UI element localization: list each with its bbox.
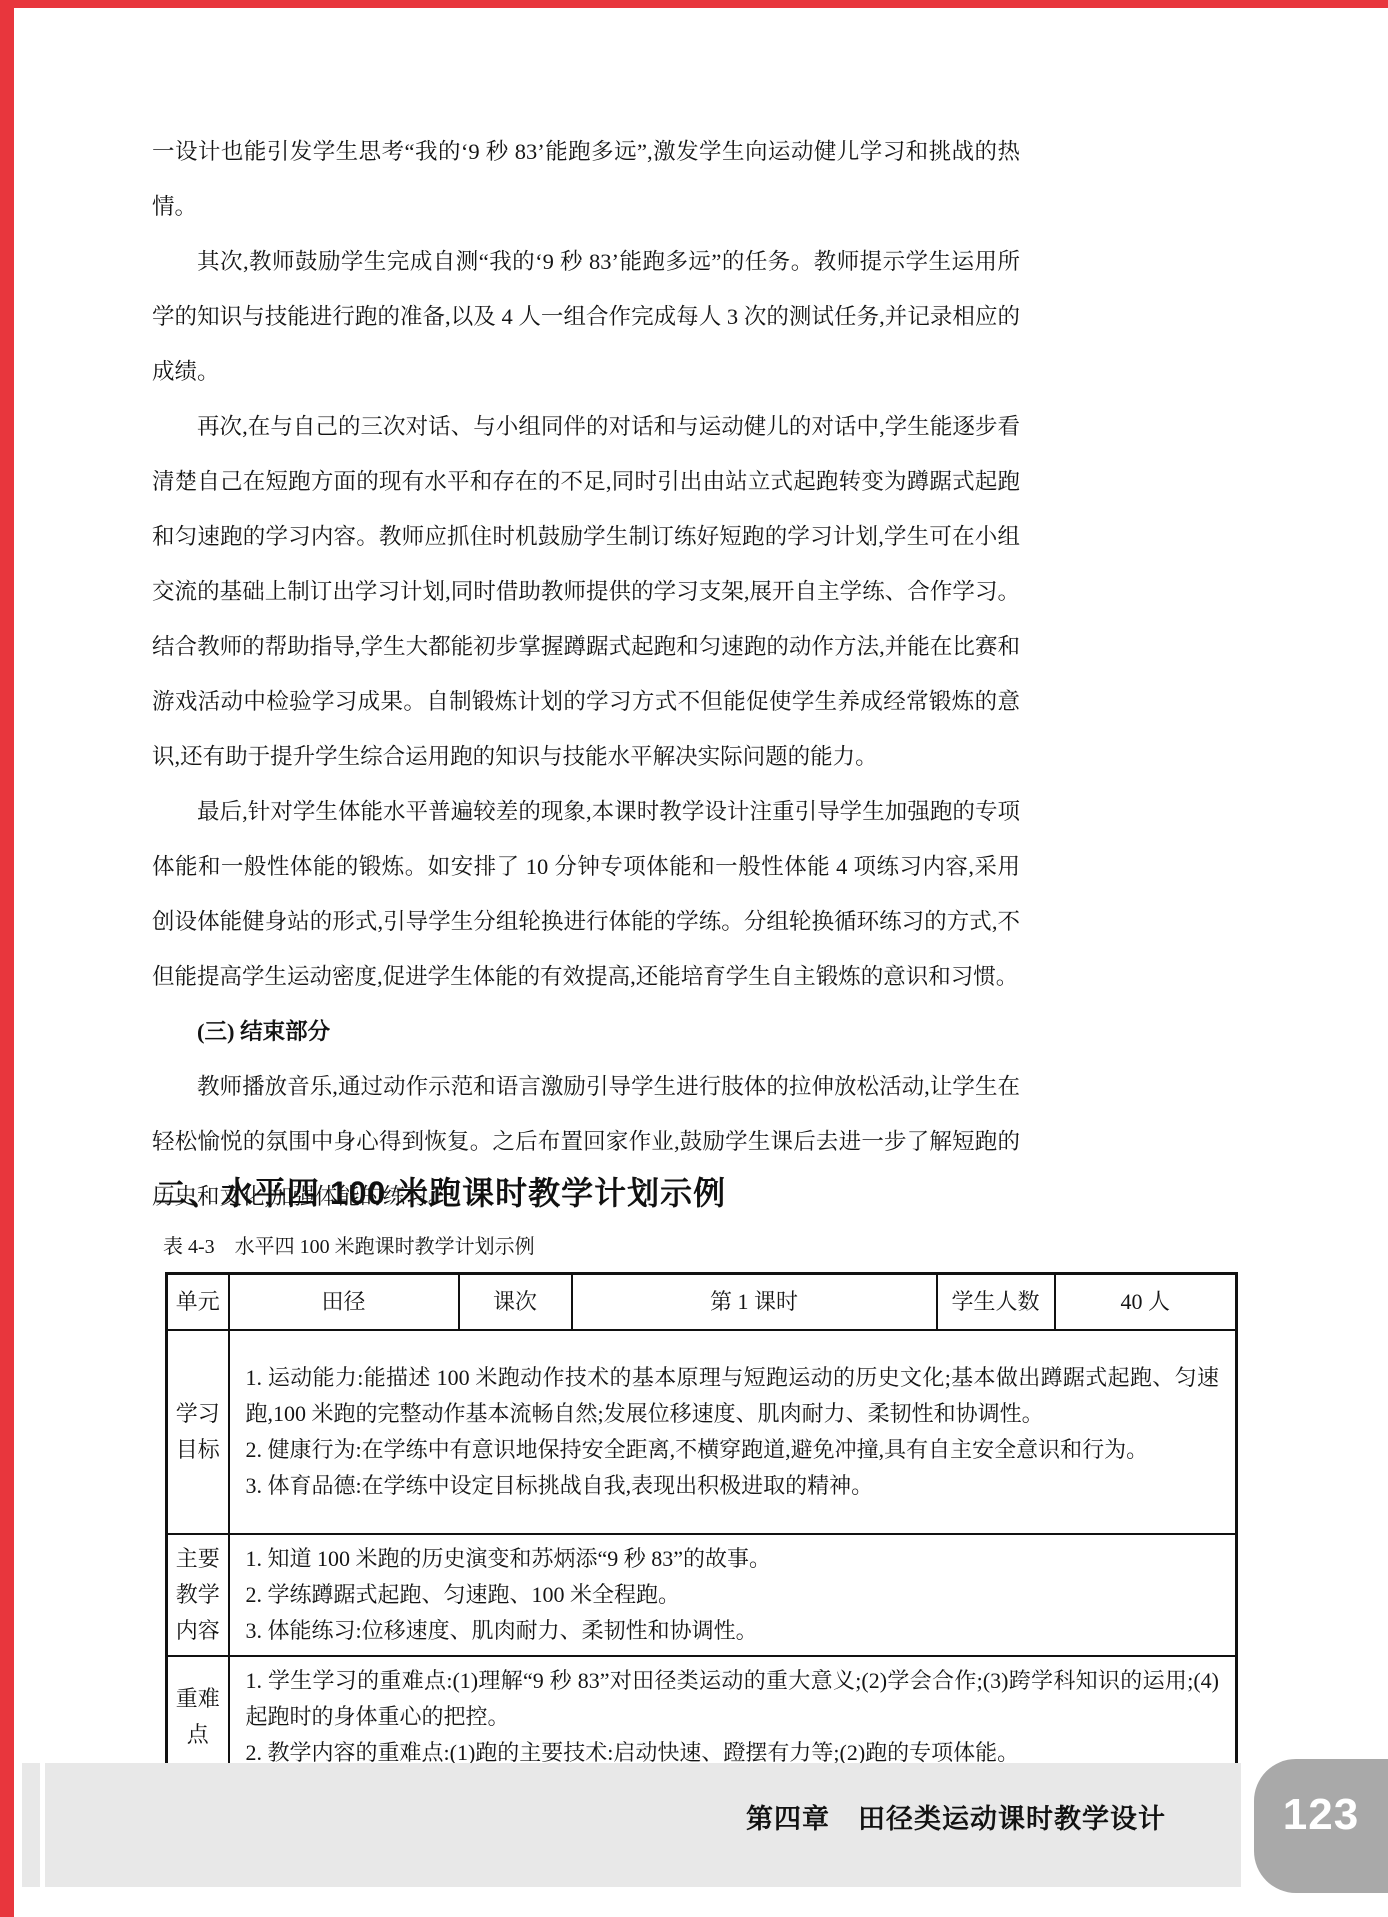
table-row-learning-goals: 学习目标 1. 运动能力:能描述 100 米跑动作技术的基本原理与短跑运动的历史… [167, 1330, 1237, 1534]
table-header-row: 单元 田径 课次 第 1 课时 学生人数 40 人 [167, 1274, 1237, 1331]
main-content-item: 2. 学练蹲踞式起跑、匀速跑、100 米全程跑。 [246, 1577, 1220, 1613]
paragraph-finally: 最后,针对学生体能水平普遍较差的现象,本课时教学设计注重引导学生加强跑的专项体能… [152, 784, 1020, 1004]
closing-part-heading: (三) 结束部分 [152, 1004, 1020, 1059]
key-points-label: 重难点 [167, 1656, 229, 1779]
section-heading: 二、水平四 100 米跑课时教学计划示例 [155, 1168, 726, 1214]
main-content-content: 1. 知道 100 米跑的历史演变和苏炳添“9 秒 83”的故事。 2. 学练蹲… [229, 1534, 1237, 1656]
table-row-main-content: 主要教学内容 1. 知道 100 米跑的历史演变和苏炳添“9 秒 83”的故事。… [167, 1534, 1237, 1656]
lesson-label-cell: 课次 [459, 1274, 572, 1331]
chapter-title: 第四章 田径类运动课时教学设计 [746, 1797, 1166, 1836]
goal-item: 2. 健康行为:在学练中有意识地保持安全距离,不横穿跑道,避免冲撞,具有自主安全… [246, 1432, 1220, 1468]
main-content-item: 1. 知道 100 米跑的历史演变和苏炳添“9 秒 83”的故事。 [246, 1541, 1220, 1577]
main-content-item: 3. 体能练习:位移速度、肌肉耐力、柔韧性和协调性。 [246, 1613, 1220, 1649]
page-number: 123 [1283, 1790, 1359, 1840]
page-number-block: 123 [1254, 1759, 1388, 1893]
key-points-content: 1. 学生学习的重难点:(1)理解“9 秒 83”对田径类运动的重大意义;(2)… [229, 1656, 1237, 1779]
book-left-red-edge [0, 0, 14, 1917]
learning-goals-label: 学习目标 [167, 1330, 229, 1534]
students-value-cell: 40 人 [1055, 1274, 1237, 1331]
footer-band: 第四章 田径类运动课时教学设计 [45, 1763, 1241, 1887]
goal-item: 1. 运动能力:能描述 100 米跑动作技术的基本原理与短跑运动的历史文化;基本… [246, 1360, 1220, 1432]
footer-band-square [22, 1763, 40, 1887]
table-row-key-points: 重难点 1. 学生学习的重难点:(1)理解“9 秒 83”对田径类运动的重大意义… [167, 1656, 1237, 1779]
paragraph-thirdly: 再次,在与自己的三次对话、与小组同伴的对话和与运动健儿的对话中,学生能逐步看清楚… [152, 399, 1020, 784]
lesson-plan-table: 单元 田径 课次 第 1 课时 学生人数 40 人 学习目标 1. 运动能力:能… [165, 1272, 1238, 1780]
table-caption: 表 4-3 水平四 100 米跑课时教学计划示例 [163, 1230, 535, 1259]
goal-item: 3. 体育品德:在学练中设定目标挑战自我,表现出积极进取的精神。 [246, 1468, 1220, 1504]
unit-label-cell: 单元 [167, 1274, 229, 1331]
book-top-red-edge [0, 0, 1388, 8]
learning-goals-content: 1. 运动能力:能描述 100 米跑动作技术的基本原理与短跑运动的历史文化;基本… [229, 1330, 1237, 1534]
paragraph-continuation: 一设计也能引发学生思考“我的‘9 秒 83’能跑多远”,激发学生向运动健儿学习和… [152, 124, 1020, 234]
main-content-label: 主要教学内容 [167, 1534, 229, 1656]
students-label-cell: 学生人数 [937, 1274, 1055, 1331]
unit-value-cell: 田径 [229, 1274, 459, 1331]
paragraph-secondly: 其次,教师鼓励学生完成自测“我的‘9 秒 83’能跑多远”的任务。教师提示学生运… [152, 234, 1020, 399]
key-point-item: 1. 学生学习的重难点:(1)理解“9 秒 83”对田径类运动的重大意义;(2)… [246, 1663, 1220, 1735]
body-text: 一设计也能引发学生思考“我的‘9 秒 83’能跑多远”,激发学生向运动健儿学习和… [152, 124, 1020, 1224]
lesson-value-cell: 第 1 课时 [572, 1274, 937, 1331]
